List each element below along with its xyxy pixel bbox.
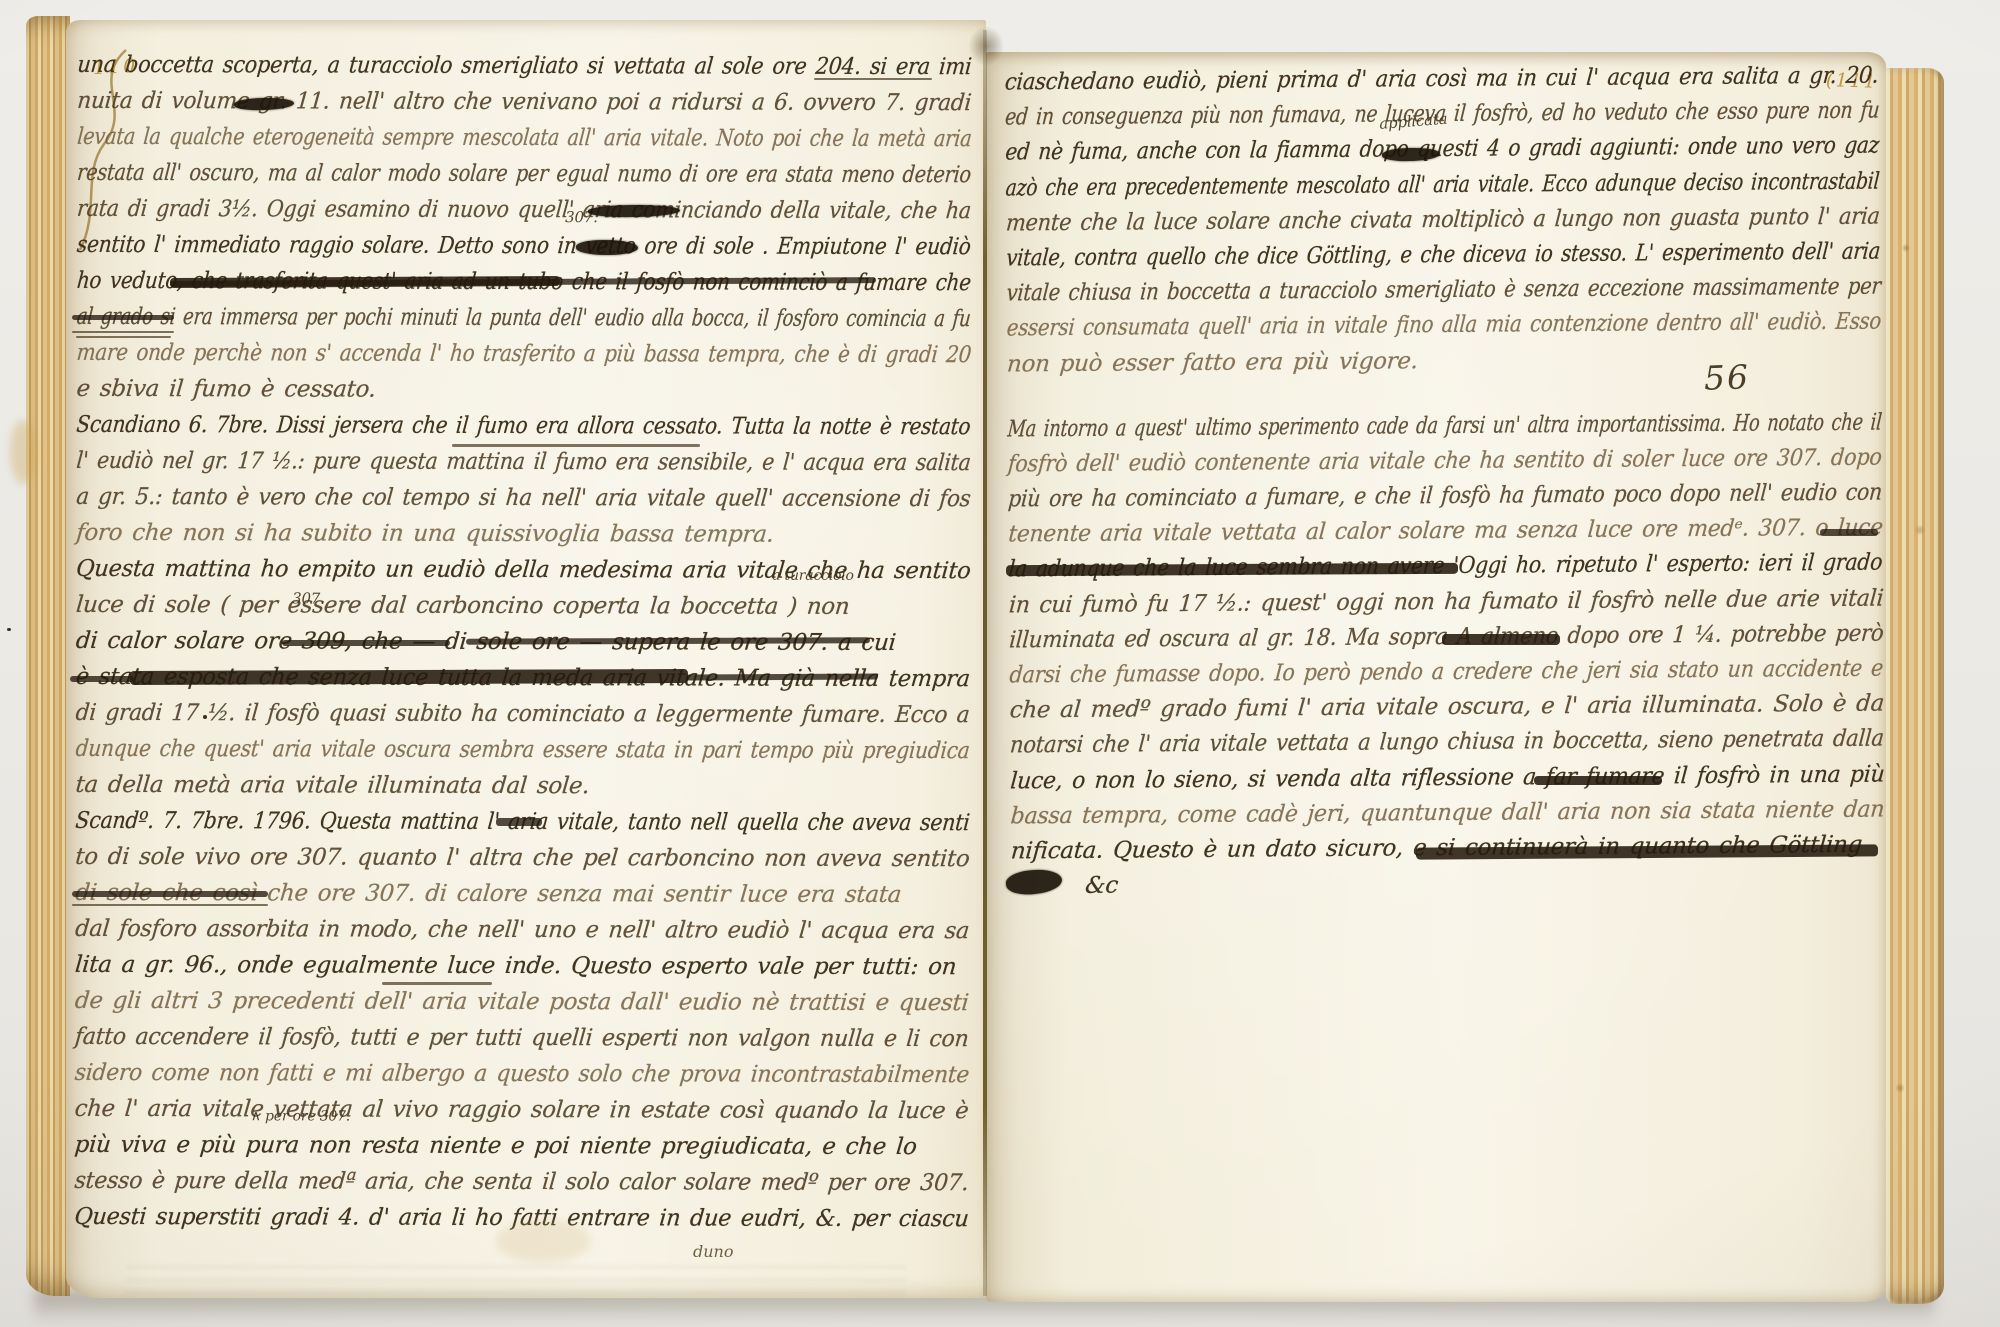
ink-speck	[203, 715, 207, 719]
ink-strikethrough	[70, 676, 134, 682]
manuscript-line: dunque che quest' aria vitale oscura sem…	[74, 731, 861, 769]
manuscript-line: to di sole vivo ore 307. quanto l' altra…	[74, 839, 968, 877]
manuscript-line: che l' aria vitale vettata al vivo raggi…	[73, 1091, 962, 1129]
ink-strikethrough	[282, 640, 450, 646]
manuscript-line: mare onde perchè non s' accenda l' ho tr…	[75, 335, 853, 373]
ink-underline	[76, 336, 171, 338]
ink-strikethrough	[1820, 529, 1878, 536]
ink-strikethrough	[1442, 634, 1560, 645]
manuscript-line: stesso è pure della medª aria, che senta…	[73, 1163, 937, 1201]
manuscript-line: &c	[1010, 863, 1886, 905]
right-page-edge-stack	[1886, 68, 1944, 1304]
manuscript-line: restata all' oscuro, ma al calor modo so…	[76, 155, 830, 193]
manuscript-line: fatto accendere il fosfò, tutti e per tu…	[73, 1019, 934, 1057]
right-page: (111 56 ciaschedano eudiò, pieni prima d…	[986, 52, 1886, 1302]
ink-strikethrough	[496, 818, 542, 826]
ink-underline	[382, 982, 492, 985]
manuscript-line: di gradi 17 ½. il fosfò quasi subito ha …	[74, 695, 920, 733]
manuscript-line: Scandº. 7. 7bre. 1796. Questa mattina l'…	[74, 803, 876, 841]
manuscript-line: Scandiano 6. 7bre. Dissi jersera che il …	[75, 407, 857, 445]
left-page: 110 una boccetta scoperta, a turacciolo …	[66, 20, 986, 1298]
book-gutter	[983, 30, 987, 1296]
manuscript-line: de gli altri 3 precedenti dell' aria vit…	[73, 983, 968, 1021]
manuscript-line: lita a gr. 96., onde egualmente luce ind…	[74, 947, 971, 985]
ink-underline	[72, 331, 174, 333]
fox-stain	[496, 1220, 591, 1262]
manuscript-line: dal fosforo assorbita in modo, che nell'…	[74, 911, 953, 949]
manuscript-line: azò che era precedentemente mescolato al…	[1004, 165, 1717, 206]
manuscript-line: ta della metà aria vitale illuminata dal…	[74, 767, 971, 805]
bleedthrough-ghost	[126, 1256, 906, 1298]
manuscript-line: Ma intorno a quest' ultimo sperimento ca…	[1006, 407, 1687, 448]
interlinear-insertion: ∧ per ore 307.	[251, 1109, 350, 1124]
manuscript-line: luce di sole ( per essere dal carboncino…	[74, 587, 971, 625]
interlinear-insertion: a turacciolo	[772, 569, 854, 584]
manuscript-line: nuita di volume gr. 11. nell' altro che …	[76, 83, 921, 121]
manuscript-line: levata la qualche eterogeneità sempre me…	[76, 119, 830, 157]
manuscript-line: non può esser fatto era più vigore.	[1006, 340, 1883, 382]
manuscript-photo: 110 una boccetta scoperta, a turacciolo …	[0, 0, 2000, 1327]
ink-strikethrough	[130, 669, 688, 685]
manuscript-line: sidero come non fatti e mi albergo a que…	[73, 1055, 927, 1093]
manuscript-line: e sbiva il fumo è cessato.	[75, 371, 972, 409]
manuscript-line: vitale, contra quello che dice Göttling,…	[1005, 235, 1756, 276]
ink-strikethrough	[686, 673, 878, 680]
right-page-text: ciaschedano eudiò, pieni prima d' aria c…	[1005, 59, 1886, 905]
left-page-edge-stack	[26, 16, 70, 1296]
manuscript-line: a gr. 5.: tanto è vero che col tempo si …	[75, 479, 915, 517]
manuscript-line: al grado si era immersa per pochi minuti…	[75, 299, 779, 337]
manuscript-line: essersi consumata quell' aria in vitale …	[1005, 306, 1757, 347]
ink-speck	[7, 628, 11, 631]
manuscript-line: l' eudiò nel gr. 17 ½.: pure questa matt…	[75, 443, 876, 481]
ink-strikethrough	[72, 315, 174, 320]
ink-strikethrough	[1534, 776, 1662, 785]
ink-underline	[814, 78, 932, 80]
gutter-shadow	[968, 26, 1004, 66]
ink-strikethrough	[72, 891, 268, 897]
manuscript-line: sentito l' immediato raggio solare. Dett…	[75, 227, 863, 265]
manuscript-line: foro che non si ha subito in una quissiv…	[75, 515, 972, 553]
ink-strikethrough	[170, 276, 560, 288]
ink-underline	[72, 904, 268, 906]
manuscript-line: rata di gradi 3½. Oggi esamino di nuovo …	[76, 191, 882, 229]
ink-blot	[576, 240, 638, 255]
manuscript-line: notarsi che l' aria vitale vettata a lun…	[1009, 722, 1812, 763]
ink-underline	[452, 444, 700, 447]
edge-stain	[10, 420, 36, 484]
manuscript-line: più viva e più pura non resta niente e p…	[73, 1127, 970, 1165]
manuscript-line: una boccetta scoperta, a turacciolo smer…	[76, 47, 891, 85]
interlinear-insertion: 307.	[292, 591, 325, 606]
